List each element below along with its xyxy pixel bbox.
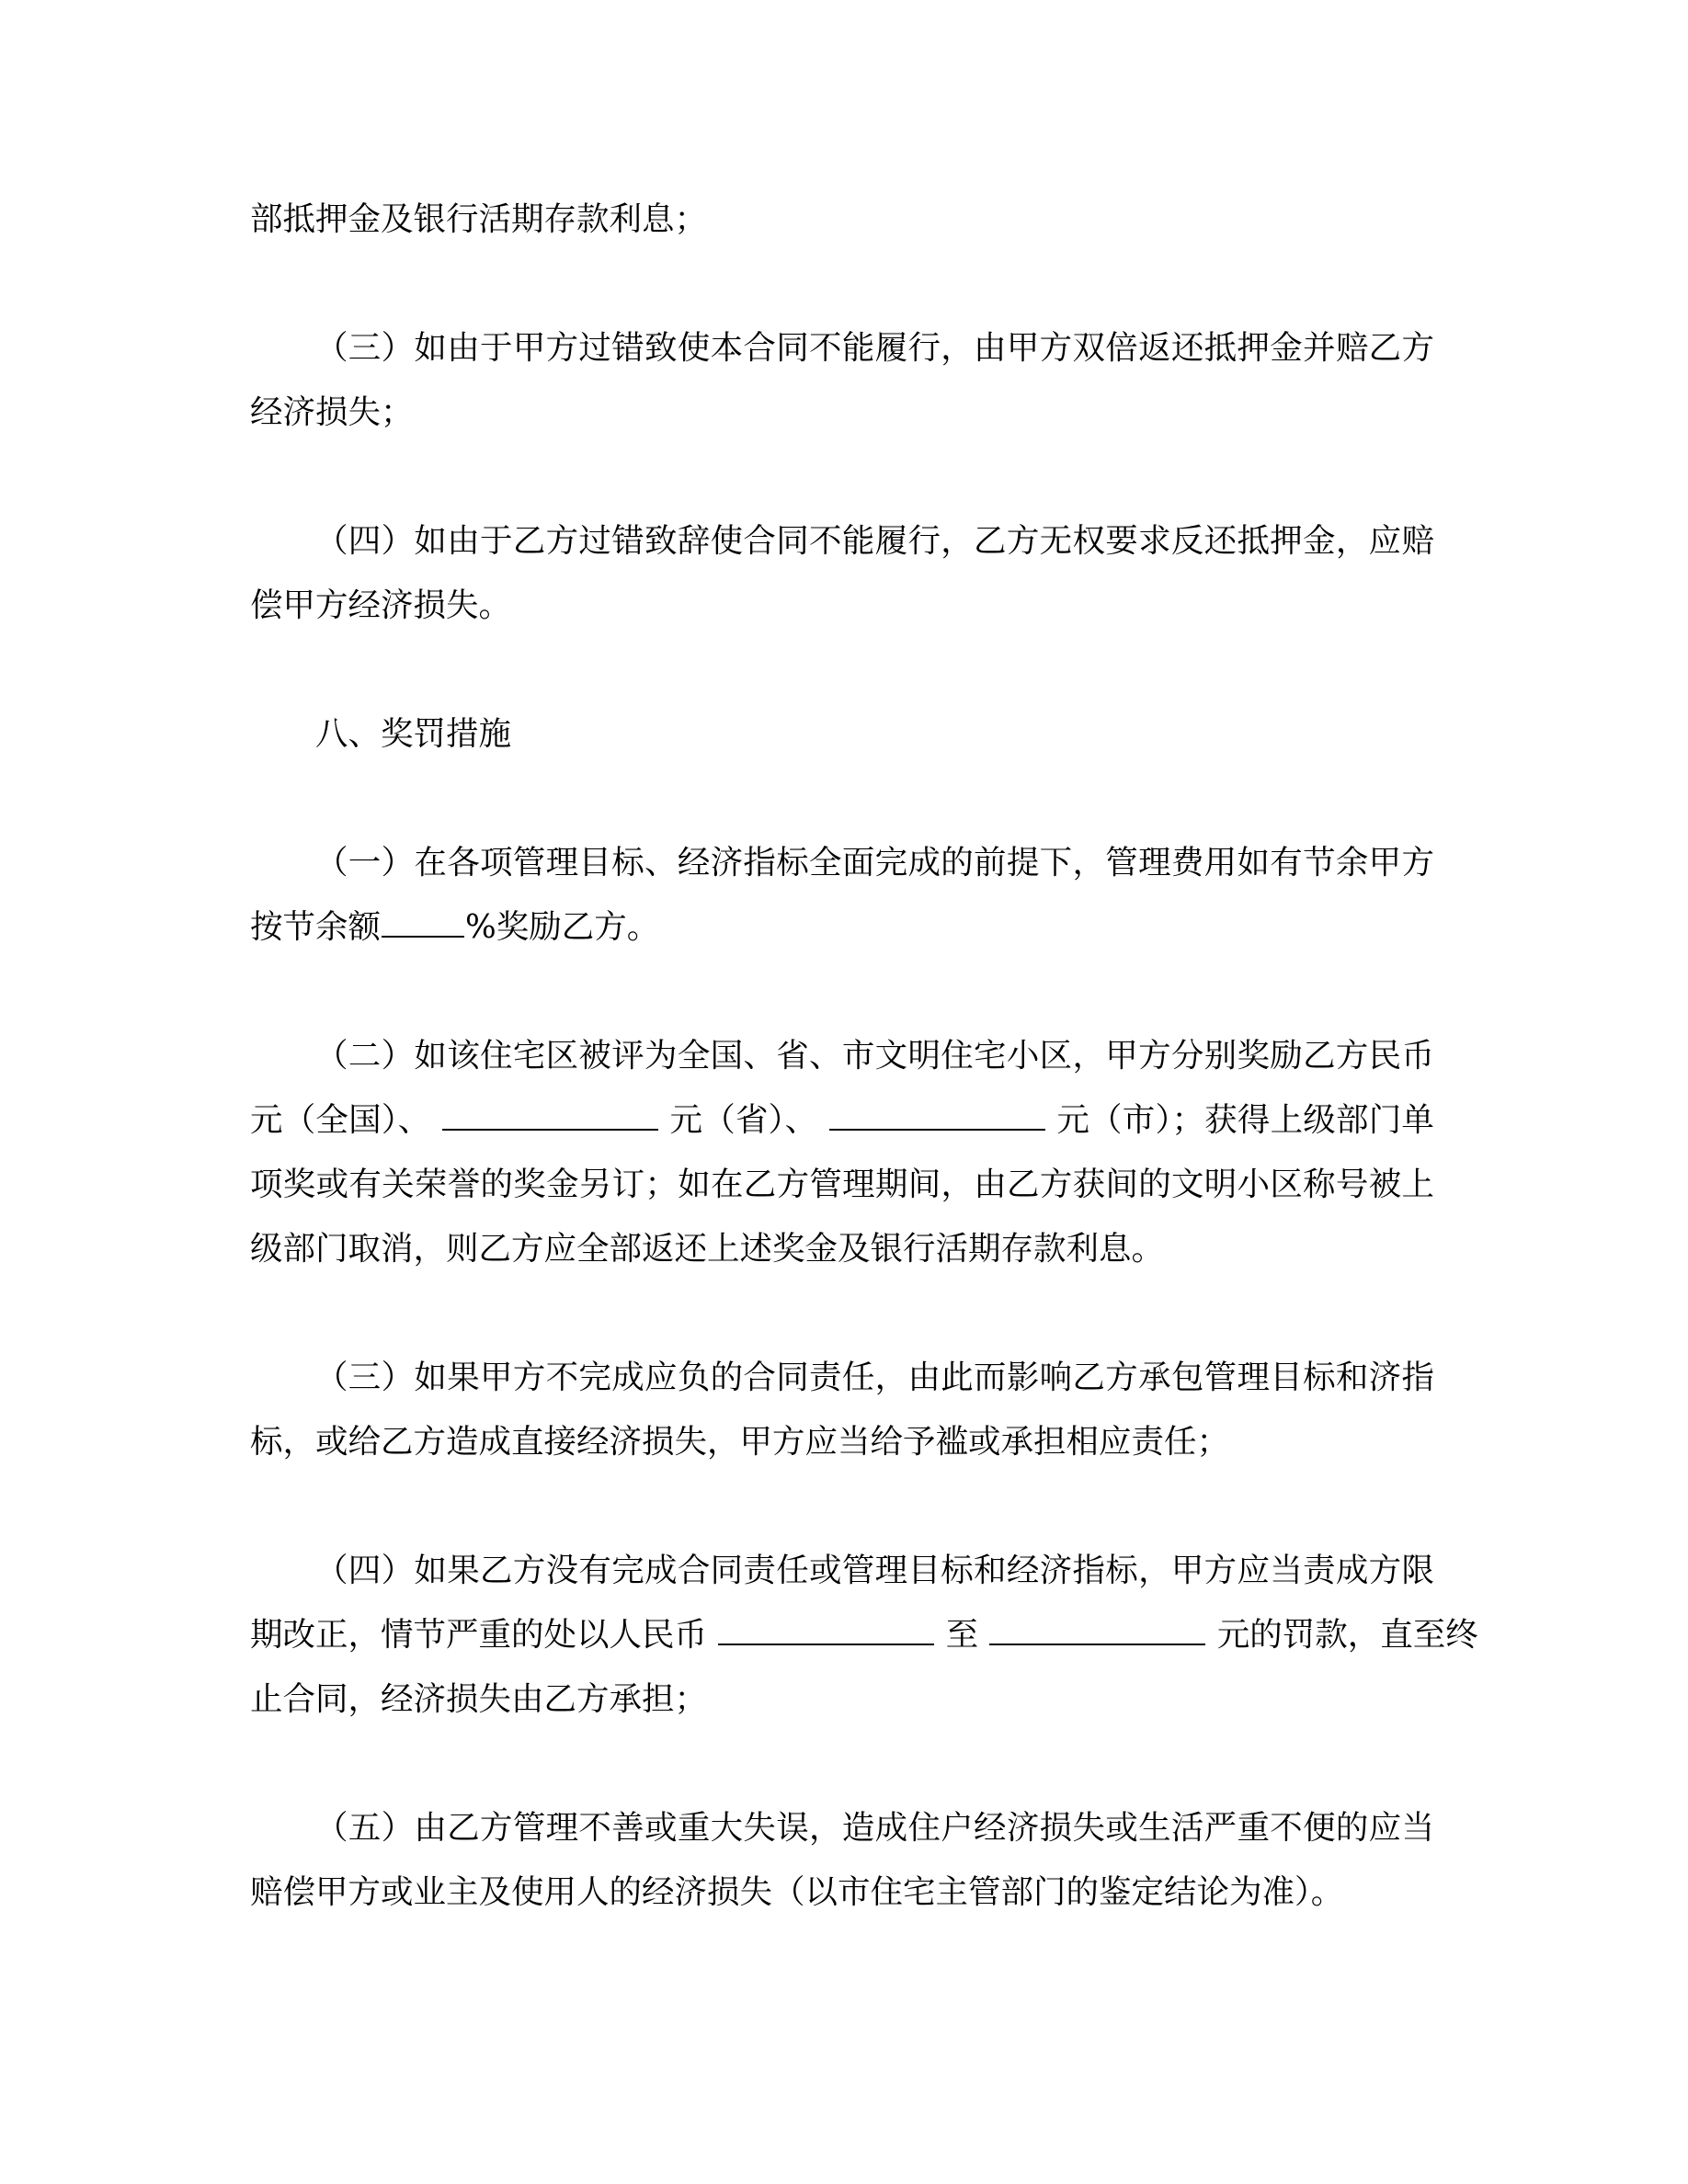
text-segment: 标，或给乙方造成直接经济损失，甲方应当给予褴或承担相应责任； xyxy=(250,1423,1229,1461)
text-segment: （三）如果甲方不完成应负的合同责任，由此而影响乙方承包管理目标和济指 xyxy=(315,1359,1434,1396)
paragraph-clause-8-5: （五）由乙方管理不善或重大失误，造成住户经济损失或生活严重不便的应当 赔偿甲方或… xyxy=(250,1796,1434,1925)
text-line: 赔偿甲方或业主及使用人的经济损失（以市住宅主管部门的鉴定结论为准）。 xyxy=(250,1860,1434,1925)
paragraph-deposit-interest-tail: 部抵押金及银行活期存款利息； xyxy=(250,188,1434,252)
heading-text: 八、奖罚措施 xyxy=(315,715,511,753)
text-line: 期改正，情节严重的处以人民币 至 元的罚款，直至终 xyxy=(250,1603,1434,1667)
paragraph-spacer xyxy=(250,638,1434,702)
paragraph-spacer xyxy=(250,960,1434,1024)
document-page: 部抵押金及银行活期存款利息； （三）如由于甲方过错致使本合同不能履行，由甲方双倍… xyxy=(250,188,1434,1925)
text-line: 止合同，经济损失由乙方承担； xyxy=(250,1667,1434,1732)
text-line: 级部门取消，则乙方应全部返还上述奖金及银行活期存款利息。 xyxy=(250,1217,1434,1281)
text-line: 经济损失； xyxy=(250,381,1434,445)
fill-in-blank-city-amount[interactable] xyxy=(829,1101,1045,1131)
text-segment: （四）如果乙方没有完成合同责任或管理目标和经济指标，甲方应当责成方限 xyxy=(315,1552,1434,1589)
text-line: （四）如由于乙方过错致辞使合同不能履行，乙方无权要求反还抵押金，应赔 xyxy=(250,509,1434,574)
text-line: （五）由乙方管理不善或重大失误，造成住户经济损失或生活严重不便的应当 xyxy=(250,1796,1434,1860)
text-line: 按节余额%奖励乙方。 xyxy=(250,895,1434,960)
fill-in-blank-fine-max[interactable] xyxy=(989,1616,1205,1645)
text-line: 标，或给乙方造成直接经济损失，甲方应当给予褴或承担相应责任； xyxy=(250,1410,1434,1474)
paragraph-spacer xyxy=(250,445,1434,509)
text-segment: （五）由乙方管理不善或重大失误，造成住户经济损失或生活严重不便的应当 xyxy=(315,1809,1434,1847)
text-segment: （三）如由于甲方过错致使本合同不能履行，由甲方双倍返还抵押金并赔乙方 xyxy=(315,329,1434,367)
fill-in-blank-fine-min[interactable] xyxy=(718,1616,934,1645)
paragraph-spacer xyxy=(250,1474,1434,1539)
text-segment: 元（省）、 xyxy=(670,1101,818,1139)
paragraph-clause-8-3: （三）如果甲方不完成应负的合同责任，由此而影响乙方承包管理目标和济指 标，或给乙… xyxy=(250,1346,1434,1474)
text-segment: 项奖或有关荣誉的奖金另订；如在乙方管理期间，由乙方获间的文明小区称号被上 xyxy=(250,1166,1434,1203)
text-segment: （一）在各项管理目标、经济指标全面完成的前提下，管理费用如有节余甲方 xyxy=(315,844,1434,882)
text-line: 元（全国）、 元（省）、 元（市）；获得上级部门单 xyxy=(250,1088,1434,1153)
paragraph-clause-7-4: （四）如由于乙方过错致辞使合同不能履行，乙方无权要求反还抵押金，应赔 偿甲方经济… xyxy=(250,509,1434,638)
text-segment: 级部门取消，则乙方应全部返还上述奖金及银行活期存款利息。 xyxy=(250,1230,1164,1268)
fill-in-blank-percent[interactable] xyxy=(382,908,464,938)
text-segment: 按节余额 xyxy=(250,908,381,946)
section-heading-rewards-penalties: 八、奖罚措施 xyxy=(250,702,1434,767)
text-line: 项奖或有关荣誉的奖金另订；如在乙方管理期间，由乙方获间的文明小区称号被上 xyxy=(250,1153,1434,1217)
text-segment: 部抵押金及银行活期存款利息； xyxy=(250,200,707,238)
fill-in-blank-province-amount[interactable] xyxy=(442,1101,658,1131)
text-segment: 期改正，情节严重的处以人民币 xyxy=(250,1616,707,1654)
paragraph-spacer xyxy=(250,1732,1434,1796)
paragraph-spacer xyxy=(250,252,1434,316)
text-segment: %奖励乙方。 xyxy=(465,908,659,946)
paragraph-clause-8-1: （一）在各项管理目标、经济指标全面完成的前提下，管理费用如有节余甲方 按节余额%… xyxy=(250,831,1434,960)
text-line: （三）如果甲方不完成应负的合同责任，由此而影响乙方承包管理目标和济指 xyxy=(250,1346,1434,1410)
text-segment: 至 xyxy=(946,1616,979,1654)
text-segment: 元（全国）、 xyxy=(250,1101,431,1139)
text-line: （四）如果乙方没有完成合同责任或管理目标和经济指标，甲方应当责成方限 xyxy=(250,1539,1434,1603)
text-segment: （四）如由于乙方过错致辞使合同不能履行，乙方无权要求反还抵押金，应赔 xyxy=(315,522,1434,560)
text-line: 部抵押金及银行活期存款利息； xyxy=(250,188,1434,252)
paragraph-spacer xyxy=(250,1281,1434,1346)
text-segment: （二）如该住宅区被评为全国、省、市文明住宅小区，甲方分别奖励乙方民币 xyxy=(315,1037,1434,1075)
paragraph-spacer xyxy=(250,767,1434,831)
text-line: （三）如由于甲方过错致使本合同不能履行，由甲方双倍返还抵押金并赔乙方 xyxy=(250,316,1434,381)
text-segment: 元（市）；获得上级部门单 xyxy=(1056,1101,1434,1139)
text-segment: 经济损失； xyxy=(250,393,414,431)
text-line: （一）在各项管理目标、经济指标全面完成的前提下，管理费用如有节余甲方 xyxy=(250,831,1434,895)
section-heading: 八、奖罚措施 xyxy=(250,702,1434,767)
paragraph-clause-8-4: （四）如果乙方没有完成合同责任或管理目标和经济指标，甲方应当责成方限 期改正，情… xyxy=(250,1539,1434,1732)
text-segment: 元的罚款，直至终 xyxy=(1217,1616,1478,1654)
text-line: 偿甲方经济损失。 xyxy=(250,574,1434,638)
text-segment: 赔偿甲方或业主及使用人的经济损失（以市住宅主管部门的鉴定结论为准）。 xyxy=(250,1873,1343,1911)
paragraph-clause-7-3: （三）如由于甲方过错致使本合同不能履行，由甲方双倍返还抵押金并赔乙方 经济损失； xyxy=(250,316,1434,445)
text-line: （二）如该住宅区被评为全国、省、市文明住宅小区，甲方分别奖励乙方民币 xyxy=(250,1024,1434,1088)
text-segment: 止合同，经济损失由乙方承担； xyxy=(250,1680,707,1718)
text-segment: 偿甲方经济损失。 xyxy=(250,586,511,624)
paragraph-clause-8-2: （二）如该住宅区被评为全国、省、市文明住宅小区，甲方分别奖励乙方民币 元（全国）… xyxy=(250,1024,1434,1281)
